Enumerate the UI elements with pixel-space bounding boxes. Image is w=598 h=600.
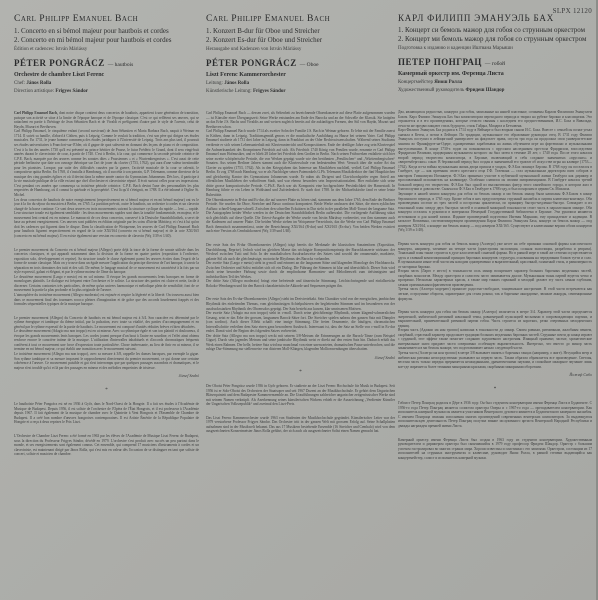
notes-paragraph: Les deux concertos de hautbois de notre … (14, 198, 199, 239)
liner-notes: Два, являющихся редкостью, концерта для … (398, 110, 592, 460)
soloist-name: PÉTER PONGRÁCZ (206, 58, 297, 68)
composer-name: Carl Philipp Emanuel Bach (206, 13, 395, 24)
works-list: 1. Концерт си бемоль мажор для гобоя со … (398, 26, 592, 43)
notes-paragraph: Der dritte Satz (Allegro ma non troppo) … (206, 334, 395, 352)
artistic-director-credit: Художественный руководитель Фридеш Шандо… (398, 88, 592, 93)
notes-paragraph: Третья часть (Аллегро модерато) приносит… (398, 287, 592, 301)
credit-name: Фридеш Шандор (466, 88, 505, 93)
notes-paragraph: L'atmosphère du troisième mouvement (All… (14, 293, 199, 307)
liner-notes: Carl Philipp Emanuel Bach, dont notre di… (14, 111, 199, 457)
credit-name: János Rolla (224, 81, 249, 86)
composer-name: Carl Philipp Emanuel Bach (14, 13, 199, 24)
artistic-director-credit: Künstlerische Leitung: Frigyes Sándor (206, 89, 395, 94)
works-list: 1. Concerto en si bémol majeur pour haut… (14, 27, 199, 44)
orchestra-name: Orchestre de chambre Liszt Ferenc (14, 72, 199, 78)
credit-label: Leitung: (206, 81, 223, 86)
separator-star: * (206, 371, 395, 376)
edition-credit: Édition et cadences: István Máriássy (14, 47, 199, 52)
intro-paragraph: Carl Philipp Emanuel Bach, dont notre di… (14, 111, 199, 129)
works-list: 1. Konzert B-dur für Oboe und Streicher … (206, 27, 395, 44)
notes-paragraph: Der zweite Satz (Adagio ma non troppo) s… (206, 311, 395, 334)
orchestra-name: Liszt Ferenc Kammerorchester (206, 72, 395, 78)
soloist-line: PÉTER PONGRÁCZ— hautbois (14, 58, 199, 68)
work-item: 1. Concerto en si bémol majeur pour haut… (14, 27, 199, 36)
notes-paragraph: Le deuxième mouvement (Adagio ma non tro… (14, 329, 199, 352)
credit-label: Концертмейстер (398, 80, 433, 85)
album-back-cover: Carl Philipp Emanuel Bach 1. Concerto en… (0, 0, 598, 600)
separator-star: * (14, 389, 199, 394)
catalog-number: SLPX 12120 (553, 7, 592, 15)
orchestra-biography: Камерный оркестр имени Ференца Листа был… (398, 438, 592, 461)
column-russian: SLPX 12120 КАРЛ ФИЛИПП ЭМАНУЭЛЬ БАХ 1. К… (398, 0, 592, 600)
credit-name: Frigyes Sándor (253, 89, 286, 94)
edition-credit: Herausgabe und Kadenzen von István Máriá… (206, 47, 395, 52)
edition-credit: Подготовка к изданию и каденции Иштвана … (398, 46, 592, 51)
notes-paragraph: Le troisième mouvement (Allegro ma non t… (14, 352, 199, 370)
notes-paragraph: Le premier mouvement (Allegro) du Concer… (14, 316, 199, 330)
credit-label: Chef: (14, 81, 25, 86)
concertmaster-credit: Концертмейстер Янош Ролла (398, 80, 592, 85)
soloist-instrument: — Oboe (300, 62, 319, 68)
separator-star: * (398, 388, 592, 393)
credit-label: Direction artistique: (14, 89, 54, 94)
artistic-director-credit: Direction artistique: Frigyes Sándor (14, 89, 199, 94)
intro-lead: Carl Philipp Emanuel Bach, (14, 111, 58, 115)
soloist-line: PÉTER PONGRÁCZ— Oboe (206, 58, 395, 68)
work-item: 1. Концерт си бемоль мажор для гобоя со … (398, 26, 592, 35)
intro-paragraph: Два, являющихся редкостью, концерта для … (398, 110, 592, 128)
work-item: 2. Concerto en mi bémol majeur pour haut… (14, 36, 199, 45)
author-signature: József Szabó (206, 356, 395, 361)
notes-paragraph: Der erste Satz des B-dur Oboenkonzertes … (206, 243, 395, 261)
credit-name: János Rolla (26, 81, 51, 86)
author-signature: József Szabó (14, 374, 199, 379)
notes-paragraph: Le premier mouvement du Concerto en si b… (14, 248, 199, 275)
notes-paragraph: Третья часть (Аллегро ма нон троппо) в м… (398, 351, 592, 369)
biography-paragraph: Carl Philipp Emanuel Bach wurde 1714 als… (206, 129, 395, 197)
notes-paragraph: Der erste Satz des Es-dur-Oboenkonzertes… (206, 297, 395, 311)
work-item: 1. Konzert B-dur für Oboe und Streicher (206, 27, 395, 36)
soloist-biography: Le hautboïste Péter Pongrácz est né en 1… (14, 402, 199, 425)
notes-paragraph: Вторая часть (Ларго е местo) в тональнос… (398, 269, 592, 287)
notes-paragraph: Die Oboenkonzerte in B-dur und Es-dur, d… (206, 198, 395, 234)
soloist-biography: Гобоист Петер Понграц родился в Дёре в 1… (398, 401, 592, 428)
liner-notes: Carl Philipp Emanuel Bach — dessen zwei,… (206, 111, 395, 434)
credit-label: Художественный руководитель (398, 88, 464, 93)
soloist-instrument: — hautbois (108, 62, 134, 68)
conductor-credit: Chef: János Rolla (14, 81, 199, 86)
work-item: 2. Концерт ми бемоль мажор для гобоя со … (398, 35, 592, 44)
biography-paragraph: Карл Филипп Эмануэль Бах родился в 1714 … (398, 128, 592, 192)
notes-paragraph: Звучащие в нашей записи концерты для гоб… (398, 192, 592, 233)
soloist-instrument: — гобой (485, 61, 505, 67)
author-signature: Йожеф Сабо (398, 373, 592, 378)
intro-paragraph: Carl Philipp Emanuel Bach — dessen zwei,… (206, 111, 395, 129)
credit-name: Frigyes Sándor (55, 89, 88, 94)
credit-label: Künstlerische Leitung: (206, 89, 252, 94)
biography-paragraph: Carl Philipp Emanuel, le cinquième enfan… (14, 129, 199, 197)
orchestra-biography: L'Orchestre de Chambre Liszt Ferenc a ét… (14, 434, 199, 457)
conductor-credit: Leitung: János Rolla (206, 81, 395, 86)
credit-name: Янош Ролла (434, 80, 462, 85)
notes-paragraph: Первая часть концерта для гобоя си бемол… (398, 242, 592, 269)
notes-paragraph: Первая часть концерта для гобоя ми бемол… (398, 310, 592, 328)
orchestra-name: Камерный оркестр им. Ференца Листа (398, 71, 592, 77)
work-item: 2. Konzert Es-dur für Oboe und Streicher (206, 36, 395, 45)
notes-paragraph: Der zweite Satz (Largo e mesto) steht in… (206, 261, 395, 279)
notes-paragraph: Le deuxième mouvement (Largo e mesto) es… (14, 275, 199, 293)
soloist-line: ПЕТЕР ПОНГРАЦ— гобой (398, 57, 592, 67)
column-german: Carl Philipp Emanuel Bach 1. Konzert B-d… (206, 0, 395, 600)
soloist-name: ПЕТЕР ПОНГРАЦ (398, 57, 482, 67)
intro-lead: Carl Philipp Emanuel Bach (206, 111, 246, 115)
orchestra-biography: Das Liszt Ferenc Kammerorchester wurde 1… (206, 416, 395, 434)
notes-paragraph: Вторая часть (Адажио ма нон троппо) напи… (398, 328, 592, 351)
column-french: Carl Philipp Emanuel Bach 1. Concerto en… (14, 0, 199, 600)
notes-paragraph: Der dritte Satz (Allegro moderato) bring… (206, 279, 395, 288)
soloist-name: PÉTER PONGRÁCZ (14, 58, 105, 68)
soloist-biography: Der Oboist Péter Pongrácz wurde 1936 in … (206, 384, 395, 407)
